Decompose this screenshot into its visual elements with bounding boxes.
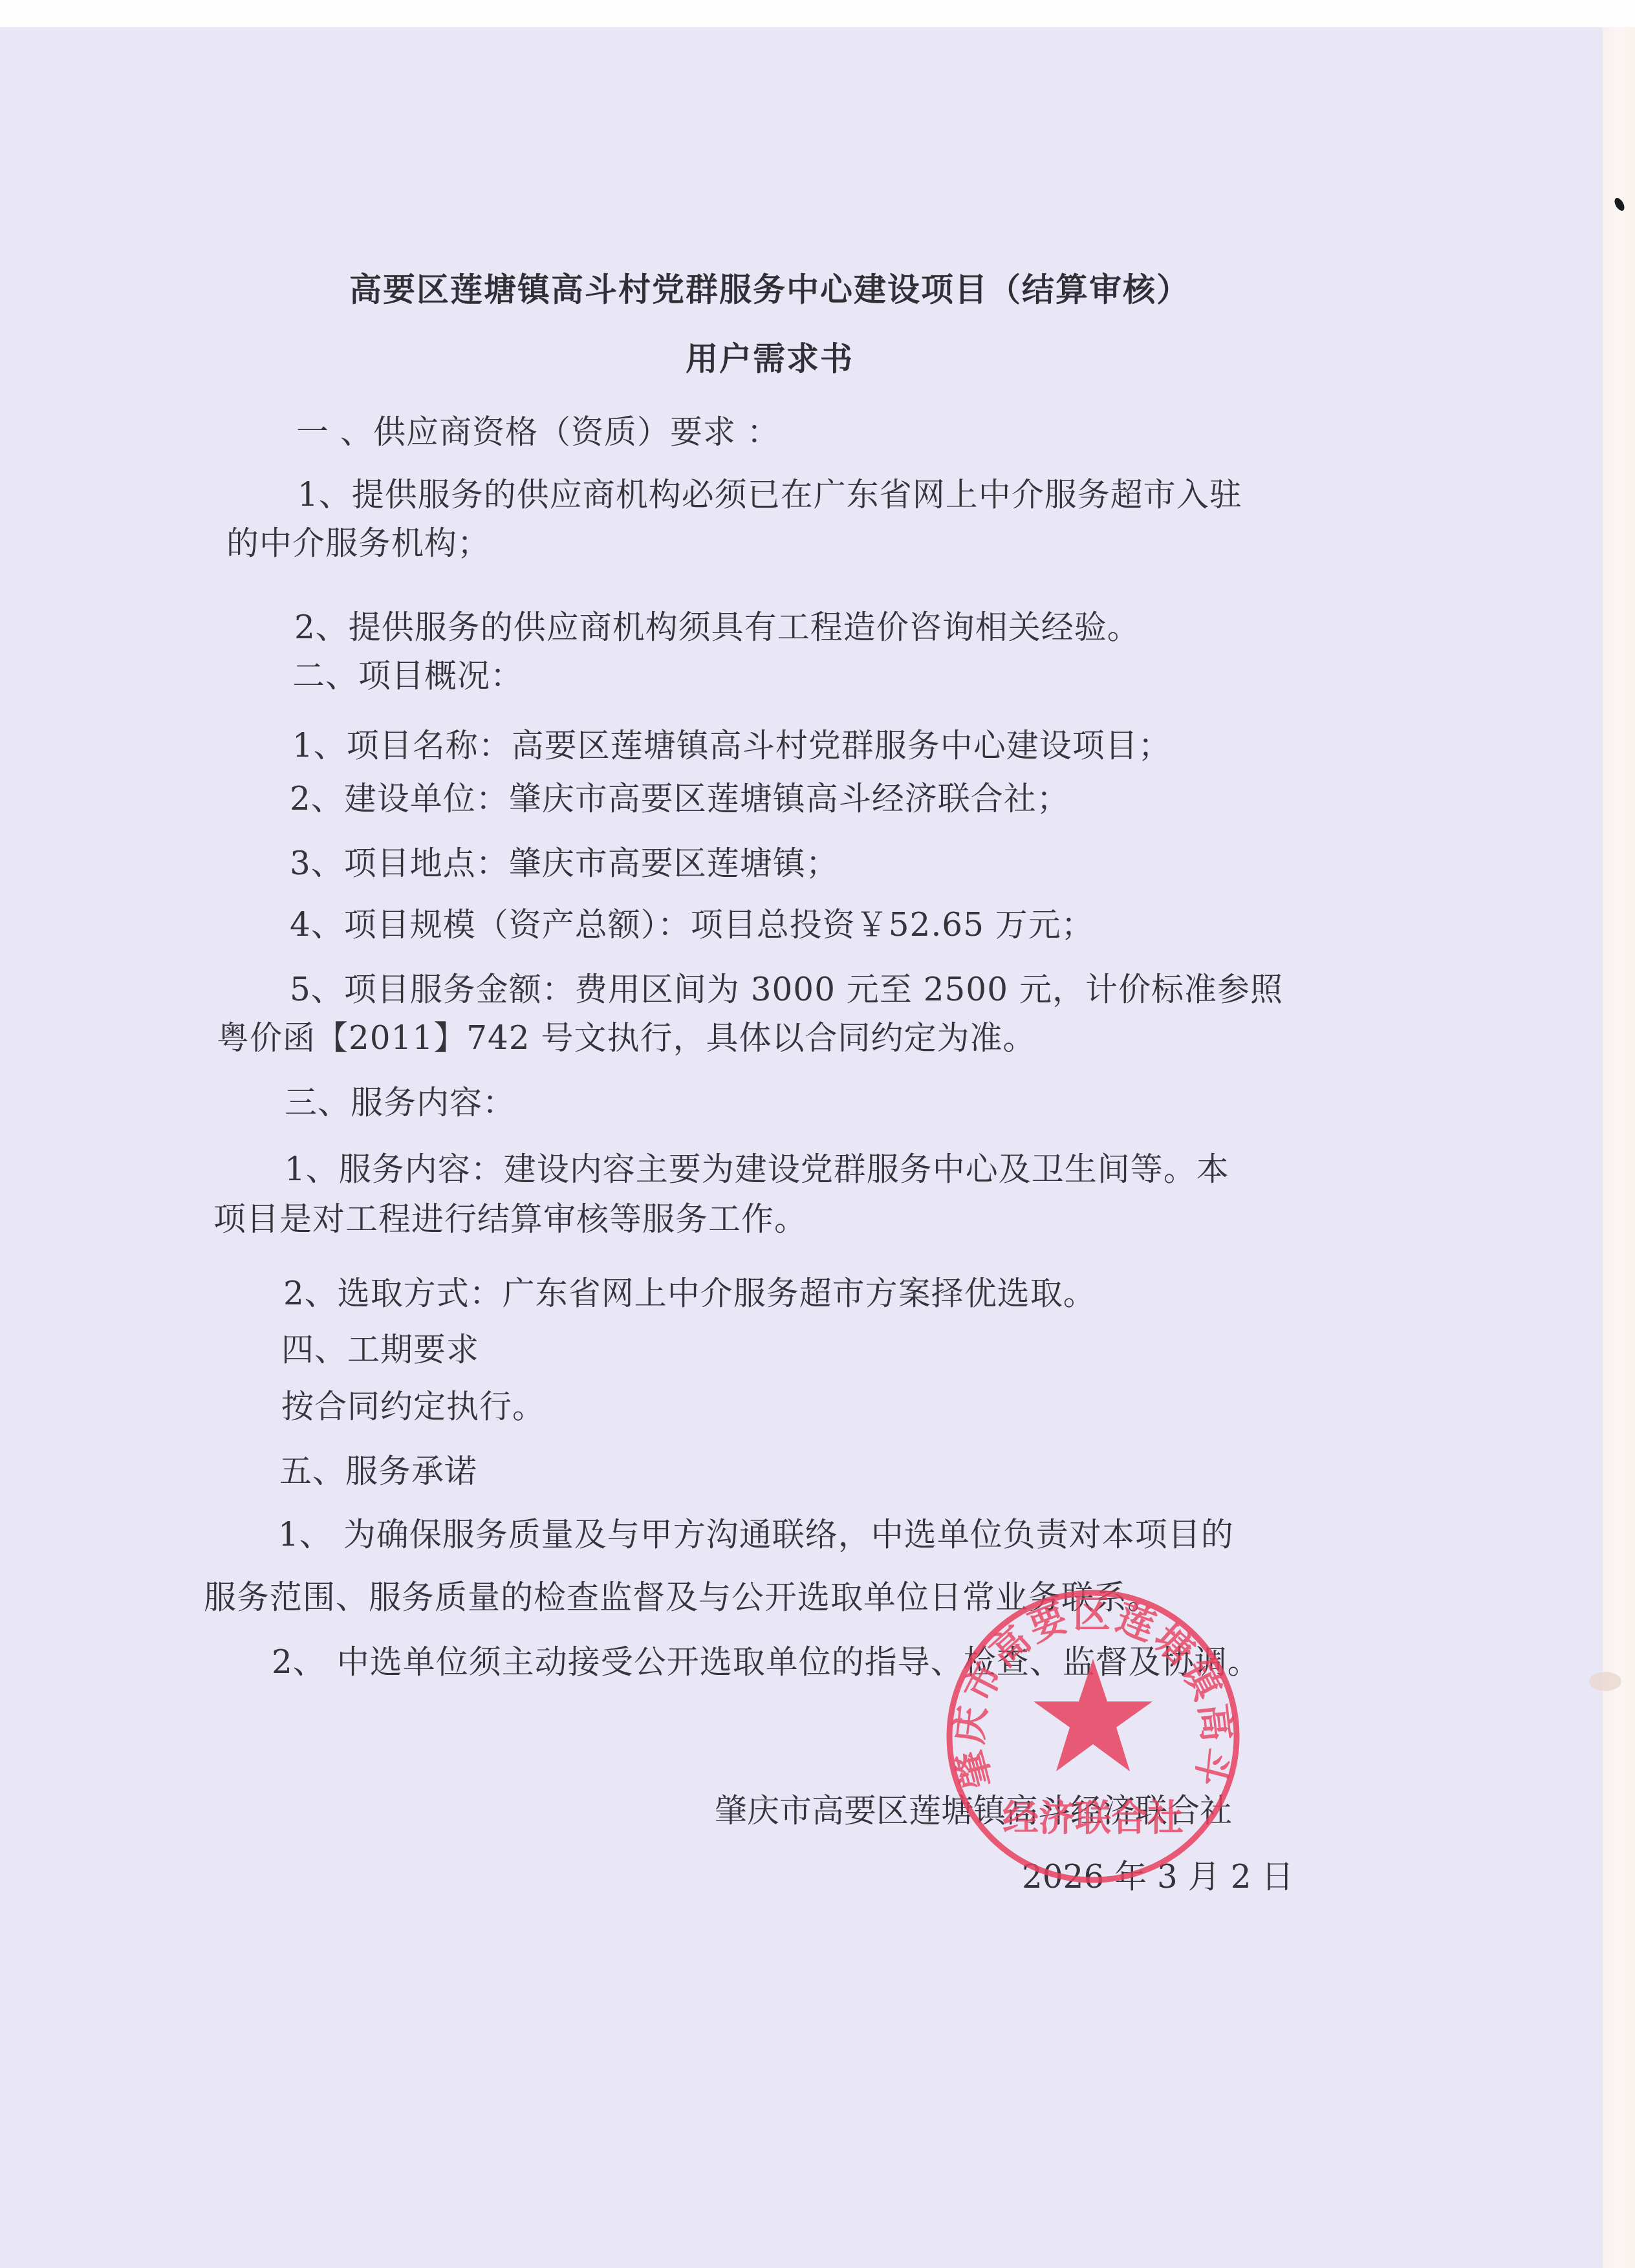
overview-service-fee-line1: 5、项目服务金额：费用区间为 3000 元至 2500 元，计价标准参照: [290, 970, 1283, 1009]
scan-right-edge: [1603, 27, 1635, 2268]
signature-date: 2026 年 3 月 2 日: [1022, 1851, 1294, 1897]
paper-stain: [1589, 1672, 1621, 1691]
signature-organization: 肇庆市高要区莲塘镇高斗经济联合社: [715, 1785, 1232, 1831]
overview-scale: 4、项目规模（资产总额）：项目总投资￥52.65 万元；: [290, 905, 1094, 944]
document-title: 高要区莲塘镇高斗村党群服务中心建设项目（结算审核）: [0, 264, 1539, 310]
qualification-item-1-line1: 1、提供服务的供应商机构必须已在广东省网上中介服务超市入驻: [298, 475, 1242, 514]
scan-top-margin: [0, 0, 1635, 27]
overview-builder: 2、建设单位：肇庆市高要区莲塘镇高斗经济联合社；: [290, 779, 1070, 818]
overview-location: 3、项目地点：肇庆市高要区莲塘镇；: [290, 844, 839, 883]
section-heading-qualifications: 一 、供应商资格（资质）要求 ：: [296, 413, 780, 451]
overview-project-name: 1、项目名称：高要区莲塘镇高斗村党群服务中心建设项目；: [292, 726, 1171, 765]
overview-service-fee-line2: 粤价函【2011】742 号文执行，具体以合同约定为准。: [217, 1019, 1036, 1057]
document-subtitle: 用户需求书: [0, 333, 1539, 380]
service-content-line2: 项目是对工程进行结算审核等服务工作。: [213, 1200, 807, 1238]
section-heading-overview: 二、项目概况：: [292, 656, 523, 695]
qualification-item-2: 2、提供服务的供应商机构须具有工程造价咨询相关经验。: [294, 608, 1140, 647]
section-heading-service-content: 三、服务内容：: [285, 1083, 515, 1122]
service-content-line1: 1、服务内容：建设内容主要为建设党群服务中心及卫生间等。本: [285, 1150, 1229, 1189]
section-heading-commitment: 五、服务承诺: [279, 1452, 477, 1491]
section-heading-schedule: 四、工期要求: [281, 1330, 479, 1369]
schedule-body: 按合同约定执行。: [281, 1387, 545, 1426]
qualification-item-1-line2: 的中介服务机构；: [226, 524, 490, 563]
commitment-item-1-line1: 1、 为确保服务质量及与甲方沟通联络，中选单位负责对本项目的: [278, 1515, 1234, 1554]
commitment-item-1-line2: 服务范围、服务质量的检查监督及与公开选取单位日常业务联系。: [204, 1578, 1160, 1617]
commitment-item-2: 2、 中选单位须主动接受公开选取单位的指导、检查、监督及协调。: [272, 1643, 1261, 1681]
selection-method: 2、选取方式：广东省网上中介服务超市方案择优选取。: [283, 1274, 1096, 1313]
